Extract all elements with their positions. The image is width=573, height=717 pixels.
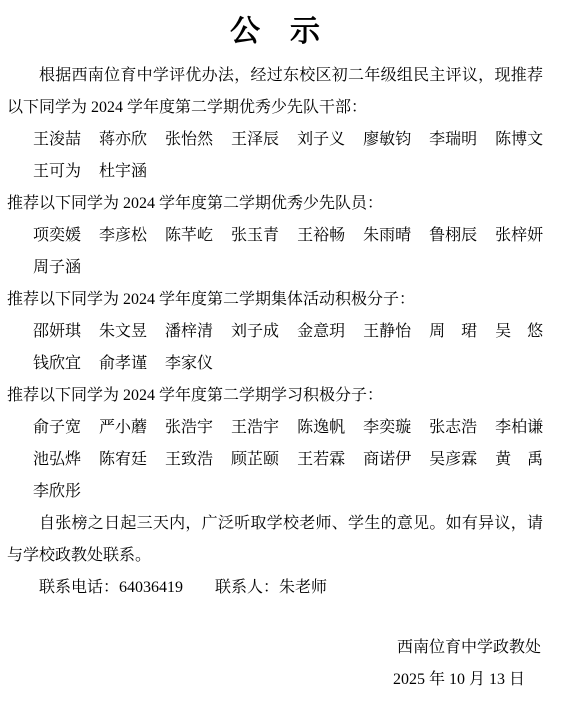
student-name: 王可为 (33, 156, 81, 188)
intro-paragraph: 根据西南位育中学评优办法，经过东校区初二年级组民主评议，现推荐以下同学为 202… (7, 60, 543, 124)
student-name: 金意玥 (297, 316, 345, 348)
names-row-activity-2: 钱欣宜俞孝谨李家仪 (7, 348, 543, 380)
closing-paragraph: 自张榜之日起三天内，广泛听取学校老师、学生的意见。如有异议，请与学校政教处联系。 (7, 508, 543, 572)
student-name: 俞子宽 (33, 412, 81, 444)
names-row-study-2: 池弘烨陈宥廷王致浩顾芷颐王若霖商诺伊吴彦霖黄 禹 (7, 444, 543, 476)
contact-person-name: 朱老师 (279, 579, 327, 596)
student-name: 王浚喆 (33, 124, 81, 156)
student-name: 张志浩 (429, 412, 477, 444)
student-name: 吴 悠 (495, 316, 543, 348)
student-name: 周 珺 (429, 316, 477, 348)
notice-document: 公 示 根据西南位育中学评优办法，经过东校区初二年级组民主评议，现推荐以下同学为… (0, 0, 573, 696)
student-name: 钱欣宜 (33, 348, 81, 380)
student-name: 陈逸帆 (297, 412, 345, 444)
contact-phone-number: 64036419 (119, 579, 183, 596)
contact-person-label: 联系人： (215, 579, 279, 596)
student-name: 陈芊屹 (165, 220, 213, 252)
student-name: 李家仪 (165, 348, 213, 380)
student-name: 李瑞明 (429, 124, 477, 156)
student-name: 潘梓清 (165, 316, 213, 348)
student-name: 李奕璇 (363, 412, 411, 444)
names-row-study-3: 李欣彤 (7, 476, 543, 508)
names-row-cadres-1: 王浚喆蒋亦欣张怡然王泽辰刘子义廖敏钧李瑞明陈博文 (7, 124, 543, 156)
student-name: 蒋亦欣 (99, 124, 147, 156)
student-name: 刘子成 (231, 316, 279, 348)
student-name: 李欣彤 (33, 476, 81, 508)
signature-org: 西南位育中学政教处 (7, 632, 543, 664)
student-name: 项奕媛 (33, 220, 81, 252)
student-name: 朱雨晴 (363, 220, 411, 252)
student-name: 朱文昱 (99, 316, 147, 348)
student-name: 鲁栩辰 (429, 220, 477, 252)
names-row-study-1: 俞子宽严小蘑张浩宇王浩宇陈逸帆李奕璇张志浩李柏谦 (7, 412, 543, 444)
section-header-study: 推荐以下同学为 2024 学年度第二学期学习积极分子： (7, 380, 543, 412)
student-name: 黄 禹 (495, 444, 543, 476)
student-name: 俞孝谨 (99, 348, 147, 380)
contact-phone-label: 联系电话： (39, 579, 119, 596)
student-name: 张玉青 (231, 220, 279, 252)
student-name: 王裕畅 (297, 220, 345, 252)
student-name: 张浩宇 (165, 412, 213, 444)
names-row-cadres-2: 王可为杜宇涵 (7, 156, 543, 188)
student-name: 张怡然 (165, 124, 213, 156)
student-name: 顾芷颐 (231, 444, 279, 476)
student-name: 陈宥廷 (99, 444, 147, 476)
student-name: 邵妍琪 (33, 316, 81, 348)
page: { "title": "公 示", "sections": [ { "heade… (0, 0, 573, 717)
names-row-members-1: 项奕媛李彦松陈芊屹张玉青王裕畅朱雨晴鲁栩辰张梓妍 (7, 220, 543, 252)
student-name: 陈博文 (495, 124, 543, 156)
student-name: 张梓妍 (495, 220, 543, 252)
student-name: 王静怡 (363, 316, 411, 348)
student-name: 李柏谦 (495, 412, 543, 444)
student-name: 周子涵 (33, 252, 81, 284)
names-row-activity-1: 邵妍琪朱文昱潘梓清刘子成金意玥王静怡周 珺吴 悠 (7, 316, 543, 348)
student-name: 李彦松 (99, 220, 147, 252)
student-name: 商诺伊 (363, 444, 411, 476)
student-name: 杜宇涵 (99, 156, 147, 188)
student-name: 王若霖 (297, 444, 345, 476)
student-name: 吴彦霖 (429, 444, 477, 476)
signature-date: 2025 年 10 月 13 日 (7, 664, 543, 696)
contact-line: 联系电话：64036419联系人：朱老师 (7, 572, 543, 604)
names-row-members-2: 周子涵 (7, 252, 543, 284)
student-name: 严小蘑 (99, 412, 147, 444)
section-header-members: 推荐以下同学为 2024 学年度第二学期优秀少先队员： (7, 188, 543, 220)
student-name: 王致浩 (165, 444, 213, 476)
student-name: 王泽辰 (231, 124, 279, 156)
student-name: 刘子义 (297, 124, 345, 156)
notice-title: 公 示 (7, 6, 543, 50)
student-name: 池弘烨 (33, 444, 81, 476)
student-name: 廖敏钧 (363, 124, 411, 156)
section-header-activity: 推荐以下同学为 2024 学年度第二学期集体活动积极分子： (7, 284, 543, 316)
student-name: 王浩宇 (231, 412, 279, 444)
